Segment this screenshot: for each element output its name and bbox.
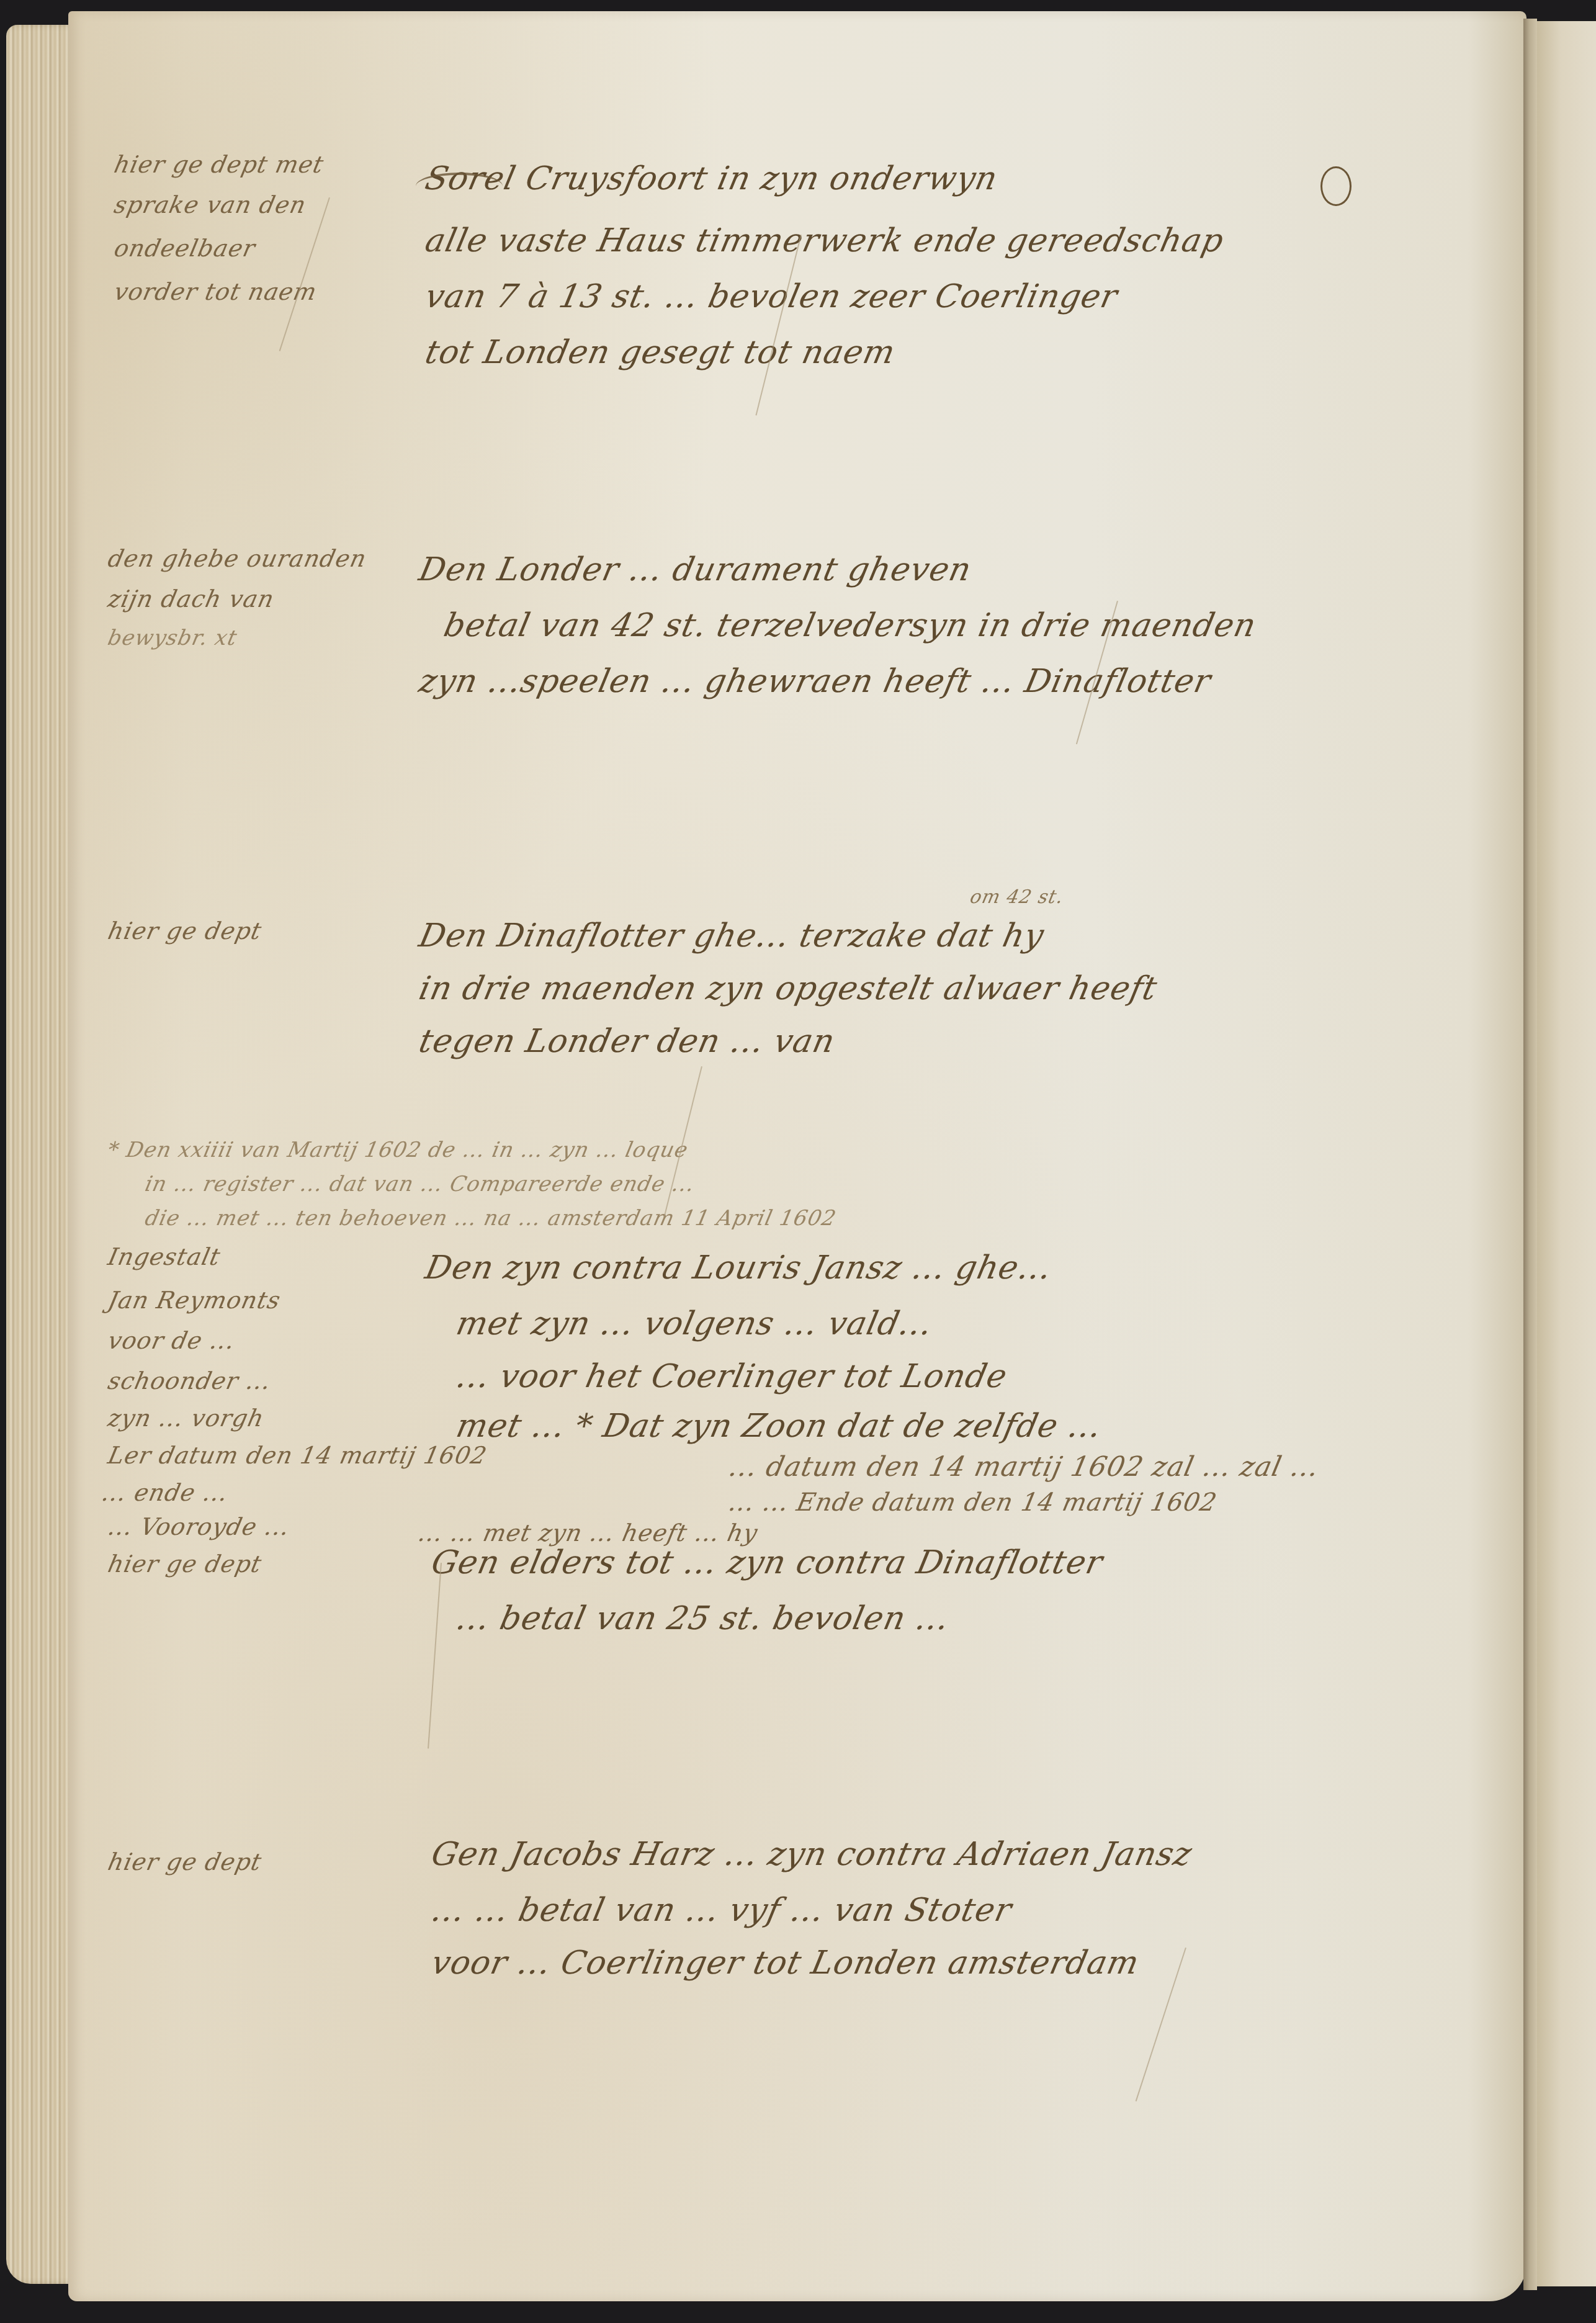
entry-1-margin-line: ondeelbaer — [112, 235, 258, 262]
entry-1-margin-line: vorder tot naem — [112, 278, 320, 305]
entry-4-margin-line: Ler datum den 14 martij 1602 — [105, 1442, 490, 1469]
entry-3-line: in drie maenden zyn opgestelt alwaer hee… — [416, 970, 1160, 1007]
entry-6-line: Gen Jacobs Harz ... zyn contra Adriaen J… — [428, 1836, 1196, 1873]
ink-stroke — [755, 235, 802, 416]
entry-5-line: ... betal van 25 st. bevolen ... — [453, 1600, 953, 1637]
binding-gutter — [1523, 19, 1537, 2290]
manuscript-scan: hier ge dept met sprake van den ondeelba… — [0, 0, 1596, 2323]
circled-mark-icon — [1320, 166, 1352, 206]
entry-3-above-note: om 42 st. — [968, 886, 1065, 908]
entry-4-margin-line: schoonder ... — [105, 1367, 274, 1395]
entry-3-line: tegen Londer den ... van — [416, 1023, 838, 1060]
entry-6-line: voor ... Coerlinger tot Londen amsterdam — [428, 1944, 1142, 1982]
ink-stroke — [279, 197, 330, 351]
entry-2-line: betal van 42 st. terzelvedersyn in drie … — [441, 607, 1260, 644]
entry-1-line: van 7 à 13 st. ... bevolen zeer Coerling… — [422, 278, 1121, 315]
entry-4-note-line: die ... met ... ten behoeven ... na ... … — [143, 1206, 839, 1231]
entry-4-line: ... ... Ende datum den 14 martij 1602 — [726, 1488, 1219, 1517]
entry-2-margin-line: zijn dach van — [105, 585, 277, 613]
entry-2-margin-line: den ghebe ouranden — [105, 545, 369, 572]
entry-1-line: tot Londen gesegt tot naem — [422, 334, 899, 371]
entry-2-line: Den Londer ... durament gheven — [416, 551, 975, 588]
entry-2-margin-line: bewysbr. xt — [105, 626, 240, 650]
entry-4-note-line: * Den xxiiii van Martij 1602 de ... in .… — [105, 1138, 691, 1162]
entry-1-margin-line: hier ge dept met — [112, 151, 326, 178]
entry-5-line: Gen elders tot ... zyn contra Dinaflotte… — [428, 1544, 1106, 1581]
entry-4-line: Den zyn contra Louris Jansz ... ghe... — [422, 1249, 1055, 1287]
entry-4-line: ... datum den 14 martij 1602 zal ... zal… — [726, 1451, 1322, 1483]
ink-stroke — [1136, 1948, 1186, 2101]
ink-stroke — [428, 1563, 442, 1748]
entry-4-line: ... ... met zyn ... heeft ... hy — [416, 1519, 760, 1547]
entry-4-line: met ... * Dat zyn Zoon dat de zelfde ... — [453, 1408, 1105, 1445]
entry-4-line: met zyn ... volgens ... vald... — [453, 1305, 936, 1342]
entry-4-margin-line: Ingestalt — [105, 1243, 223, 1270]
manuscript-page: hier ge dept met sprake van den ondeelba… — [68, 11, 1527, 2301]
entry-6-line: ... ... betal van ... vyf ... van Stoter — [428, 1892, 1015, 1929]
entry-4-line: ... voor het Coerlinger tot Londe — [453, 1358, 1011, 1395]
entry-3-line: Den Dinaflotter ghe... terzake dat hy — [416, 917, 1047, 955]
entry-5-margin-line: hier ge dept — [105, 1550, 264, 1578]
entry-1-margin-line: sprake van den — [112, 191, 309, 218]
flourish-decoration — [416, 173, 503, 200]
entry-1-line: Sorel Cruysfoort in zyn onderwyn — [422, 160, 1001, 197]
entry-3-margin-line: hier ge dept — [105, 917, 264, 945]
entry-1-line: alle vaste Haus timmerwerk ende gereedsc… — [422, 222, 1227, 259]
adjacent-page — [1537, 21, 1596, 2286]
entry-4-note-line: in ... register ... dat van ... Comparee… — [143, 1172, 697, 1197]
entry-4-margin-line: zyn ... vorgh — [105, 1404, 267, 1432]
entry-4-margin-line: ... Vooroyde ... — [105, 1513, 292, 1540]
entry-4-margin-line: voor de ... — [105, 1327, 238, 1354]
entry-6-margin-line: hier ge dept — [105, 1848, 264, 1876]
entry-4-margin-line: ... ende ... — [99, 1479, 231, 1506]
entry-4-margin-line: Jan Reymonts — [105, 1287, 284, 1314]
